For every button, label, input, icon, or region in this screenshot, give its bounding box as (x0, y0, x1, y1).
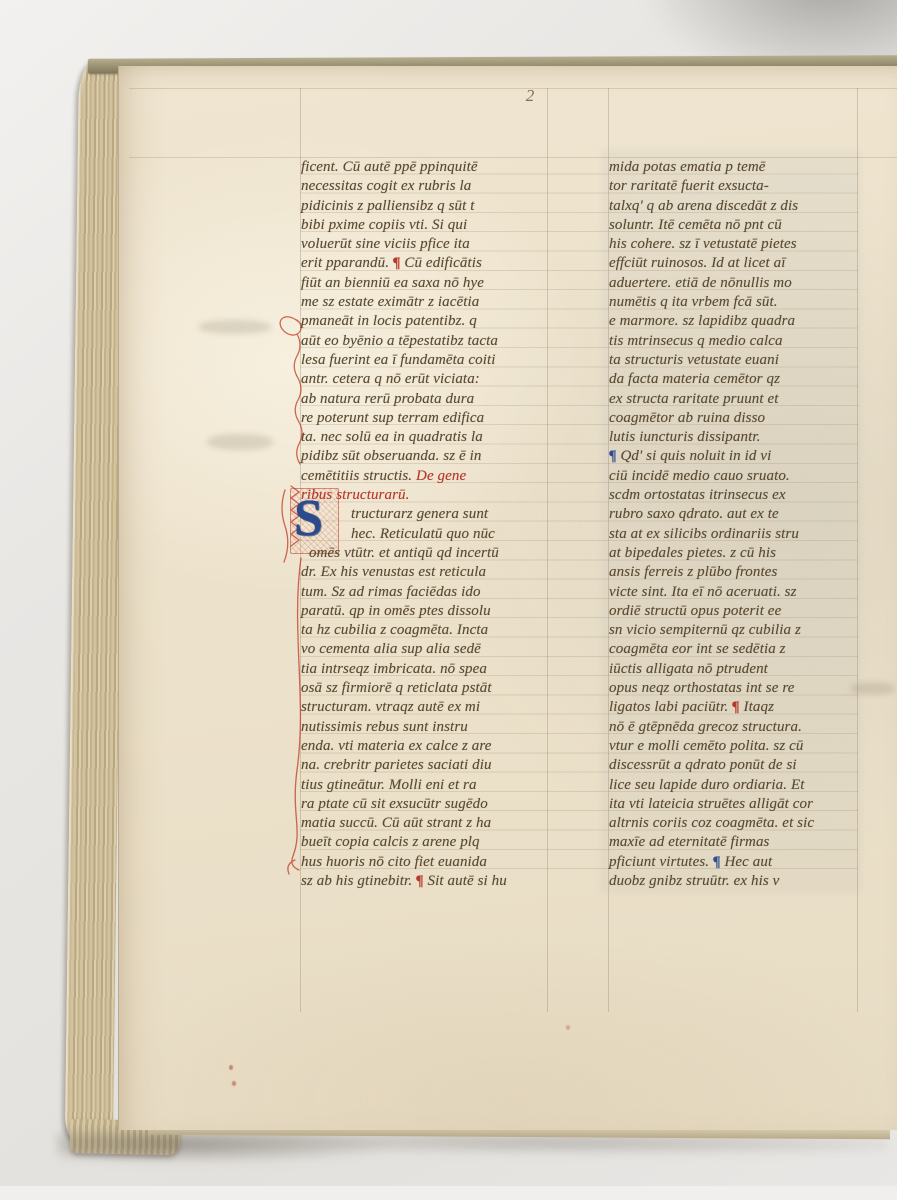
text-segment: voluerūt sine viciis pfice ita (301, 236, 470, 252)
manuscript-text-line: lesa fuerint ea ī fundamēta coiti (301, 351, 555, 370)
text-segment: osā sz firmiorē q reticlata pstāt (301, 680, 492, 696)
manuscript-text-line: enda. vti materia ex calce z are (301, 737, 555, 756)
manuscript-text-line: ficent. Cū autē ppē ppinquitē (301, 158, 555, 177)
text-segment: sta at ex silicibs ordinariis stru (609, 526, 799, 542)
manuscript-text-line: nutissimis rebus sunt instru (301, 718, 555, 737)
text-segment: ordiē structū opus poterit ee (609, 603, 781, 619)
text-segment: coagmēta eor int se sedētia z (609, 641, 786, 657)
manuscript-text-line: coagmēta eor int se sedētia z (609, 640, 863, 659)
text-segment: tius gtineātur. Molli eni et ra (301, 777, 477, 793)
text-segment: pidibz sūt obseruanda. sz ē in (301, 448, 482, 464)
background-strip (0, 1186, 897, 1200)
text-segment: aduertere. etiā de nōnullis mo (609, 275, 792, 291)
manuscript-text-line: antr. cetera q nō erūt viciata: (301, 370, 555, 389)
manuscript-text-line: tum. Sz ad rimas faciēdas ido (301, 583, 555, 602)
manuscript-text-line: ex structa raritate pruunt et (609, 390, 863, 409)
manuscript-text-line: aduertere. etiā de nōnullis mo (609, 274, 863, 293)
text-segment: vo cementa alia sup alia sedē (301, 641, 481, 657)
manuscript-page: 2 S ficent. Cū autē ppē ppinquitēnecessi… (118, 66, 897, 1130)
manuscript-text-line: dr. Ex his venustas est reticula (301, 563, 555, 582)
manuscript-text-line: ¶ Qd' si quis noluit in id vi (609, 447, 863, 466)
manuscript-text-line: osā sz firmiorē q reticlata pstāt (301, 679, 555, 698)
manuscript-text-line: bibi pxime copiis vti. Si qui (301, 216, 555, 235)
text-segment: soluntr. Itē cemēta nō pnt cū (609, 217, 782, 233)
text-segment: mida potas ematia p temē (609, 159, 766, 175)
text-segment: re poterunt sup terram edifica (301, 410, 484, 426)
text-segment: opus neqz orthostatas int se re (609, 680, 794, 696)
text-segment: ita vti lateicia struētes alligāt cor (609, 796, 813, 812)
text-segment: erit pparandū. (301, 255, 393, 271)
text-column-left: ficent. Cū autē ppē ppinquitēnecessitas … (301, 158, 555, 891)
text-segment: discessrūt a qdrato ponūt de si (609, 757, 797, 773)
manuscript-text-line: na. crebritr parietes saciati diu (301, 756, 555, 775)
text-segment: structuram. vtraqz autē ex mi (301, 699, 480, 715)
text-segment: numētis q ita vrbem fcā sūt. (609, 294, 778, 310)
manuscript-text-line: erit pparandū. ¶ Cū edificātis (301, 254, 555, 273)
manuscript-text-line: nō ē gtēpnēda grecoz structura. (609, 718, 863, 737)
manuscript-text-line: vo cementa alia sup alia sedē (301, 640, 555, 659)
text-segment: bibi pxime copiis vti. Si qui (301, 217, 467, 233)
text-segment: pidicinis z palliensibz q sūt t (301, 198, 475, 214)
text-segment: at bipedales pietes. z cū his (609, 545, 776, 561)
manuscript-text-line: sta at ex silicibs ordinariis stru (609, 525, 863, 544)
text-segment: duobz gnibz struūtr. ex his v (609, 873, 779, 889)
manuscript-text-line: pficiunt virtutes. ¶ Hec aut (609, 853, 863, 872)
manuscript-text-line: scdm ortostatas itrinsecus ex (609, 486, 863, 505)
manuscript-text-line: me sz estate eximātr z iacētia (301, 293, 555, 312)
manuscript-text-line: iūctis alligata nō ptrudent (609, 660, 863, 679)
text-segment: nō ē gtēpnēda grecoz structura. (609, 719, 802, 735)
manuscript-text-line: fiūt an bienniū ea saxa nō hye (301, 274, 555, 293)
text-segment: scdm ortostatas itrinsecus ex (609, 487, 786, 503)
text-segment: ta. nec solū ea in quadratis la (301, 429, 483, 445)
text-segment: ta hz cubilia z coagmēta. Incta (301, 622, 488, 638)
show-through-text-smudge (199, 320, 271, 334)
text-segment: paratū. qp in omēs ptes dissolu (301, 603, 491, 619)
manuscript-text-line: sz ab his gtinebitr. ¶ Sit autē si hu (301, 872, 555, 891)
text-segment: na. crebritr parietes saciati diu (301, 757, 492, 773)
red-ink-speck (566, 1025, 570, 1030)
manuscript-text-line: ta hz cubilia z coagmēta. Incta (301, 621, 555, 640)
text-segment: lesa fuerint ea ī fundamēta coiti (301, 352, 496, 368)
text-segment: iūctis alligata nō ptrudent (609, 661, 768, 677)
manuscript-text-line: ita vti lateicia struētes alligāt cor (609, 795, 863, 814)
text-segment: maxīe ad eternitatē firmas (609, 834, 770, 850)
paragraph-mark: ¶ (732, 699, 740, 715)
manuscript-text-line: da facta materia cemētor qz (609, 370, 863, 389)
text-segment: enda. vti materia ex calce z are (301, 738, 492, 754)
manuscript-text-line: vtur e molli cemēto polita. sz cū (609, 737, 863, 756)
text-segment: nutissimis rebus sunt instru (301, 719, 468, 735)
manuscript-text-line: mida potas ematia p temē (609, 158, 863, 177)
text-segment: cemētitiis structis. (301, 468, 416, 484)
manuscript-text-line: effciūt ruinosos. Id at licet aī (609, 254, 863, 273)
text-segment: tis mtrinsecus q medio calca (609, 333, 783, 349)
manuscript-text-line: ciū incidē medio cauo sruato. (609, 467, 863, 486)
manuscript-text-line: tius gtineātur. Molli eni et ra (301, 776, 555, 795)
text-segment: necessitas cogit ex rubris la (301, 178, 471, 194)
manuscript-text-line: hec. Reticulatū quo nūc (301, 525, 555, 544)
manuscript-text-line: voluerūt sine viciis pfice ita (301, 235, 555, 254)
manuscript-text-line: ansis ferreis z plūbo frontes (609, 563, 863, 582)
text-segment: pficiunt virtutes. (609, 854, 713, 870)
text-segment: tor raritatē fuerit exsucta- (609, 178, 769, 194)
manuscript-text-line: victe sint. Ita eī nō aceruati. sz (609, 583, 863, 602)
red-ink-speck (229, 1065, 233, 1070)
text-segment: ab natura rerū probata dura (301, 391, 474, 407)
paragraph-mark: ¶ (416, 873, 424, 889)
text-segment: altrnis coriis coz coagmēta. et sic (609, 815, 814, 831)
manuscript-text-line: lutis iuncturis dissipantr. (609, 428, 863, 447)
paragraph-mark: ¶ (393, 255, 401, 271)
manuscript-text-line: pidicinis z palliensibz q sūt t (301, 197, 555, 216)
manuscript-text-line: sn vicio sempiternū qz cubilia z (609, 621, 863, 640)
text-segment: lice seu lapide duro ordiaria. Et (609, 777, 805, 793)
folio-number: 2 (515, 86, 545, 106)
text-segment: ansis ferreis z plūbo frontes (609, 564, 777, 580)
text-segment: coagmētor ab ruina disso (609, 410, 765, 426)
text-segment: me sz estate eximātr z iacētia (301, 294, 479, 310)
text-segment: matia succū. Cū aūt strant z ha (301, 815, 491, 831)
manuscript-text-line: re poterunt sup terram edifica (301, 409, 555, 428)
text-segment: rubro saxo qdrato. aut ex te (609, 506, 779, 522)
manuscript-text-line: paratū. qp in omēs ptes dissolu (301, 602, 555, 621)
text-segment: sn vicio sempiternū qz cubilia z (609, 622, 801, 638)
text-segment: Qd' si quis noluit in id vi (617, 448, 772, 464)
text-segment: talxq' q ab arena discedāt z dis (609, 198, 798, 214)
manuscript-text-line: aūt eo byēnio a tēpestatibz tacta (301, 332, 555, 351)
text-segment: his cohere. sz ī vetustatē pietes (609, 236, 797, 252)
text-segment: aūt eo byēnio a tēpestatibz tacta (301, 333, 498, 349)
manuscript-text-line: pmaneāt in locis patentibz. q (301, 312, 555, 331)
manuscript-text-line: talxq' q ab arena discedāt z dis (609, 197, 863, 216)
text-segment: da facta materia cemētor qz (609, 371, 780, 387)
manuscript-text-line: bueīt copia calcis z arene plq (301, 833, 555, 852)
manuscript-text-line: altrnis coriis coz coagmēta. et sic (609, 814, 863, 833)
text-segment: e marmore. sz lapidibz quadra (609, 313, 795, 329)
red-ink-speck (232, 1081, 236, 1086)
paragraph-mark: ¶ (609, 448, 617, 464)
manuscript-text-line: numētis q ita vrbem fcā sūt. (609, 293, 863, 312)
manuscript-text-line: ab natura rerū probata dura (301, 390, 555, 409)
text-segment: tructurarz genera sunt (351, 506, 488, 522)
text-segment: ex structa raritate pruunt et (609, 391, 779, 407)
manuscript-text-line: tor raritatē fuerit exsucta- (609, 177, 863, 196)
manuscript-text-line: tia intrseqz imbricata. nō spea (301, 660, 555, 679)
manuscript-text-line: necessitas cogit ex rubris la (301, 177, 555, 196)
manuscript-text-line: ordiē structū opus poterit ee (609, 602, 863, 621)
manuscript-text-line: his cohere. sz ī vetustatē pietes (609, 235, 863, 254)
text-segment: ra ptate cū sit exsucūtr sugēdo (301, 796, 488, 812)
manuscript-text-line: hus huoris nō cito fiet euanida (301, 853, 555, 872)
manuscript-text-line: lice seu lapide duro ordiaria. Et (609, 776, 863, 795)
text-segment: dr. Ex his venustas est reticula (301, 564, 486, 580)
text-column-right: mida potas ematia p temētor raritatē fue… (609, 158, 863, 891)
show-through-text-smudge (851, 682, 895, 695)
text-segment: effciūt ruinosos. Id at licet aī (609, 255, 786, 271)
manuscript-text-line: ta structuris vetustate euani (609, 351, 863, 370)
manuscript-text-line: duobz gnibz struūtr. ex his v (609, 872, 863, 891)
text-segment: ribus structurarū. (301, 487, 410, 503)
manuscript-text-line: maxīe ad eternitatē firmas (609, 833, 863, 852)
show-through-text-smudge (207, 434, 273, 450)
paragraph-mark: ¶ (713, 854, 721, 870)
manuscript-text-line: discessrūt a qdrato ponūt de si (609, 756, 863, 775)
text-segment: hec. Reticulatū quo nūc (351, 526, 495, 542)
manuscript-text-line: ligatos labi paciūtr. ¶ Itaqz (609, 698, 863, 717)
text-segment: ta structuris vetustate euani (609, 352, 779, 368)
text-segment: De gene (416, 468, 466, 484)
manuscript-text-line: pidibz sūt obseruanda. sz ē in (301, 447, 555, 466)
text-segment: fiūt an bienniū ea saxa nō hye (301, 275, 484, 291)
manuscript-text-line: ta. nec solū ea in quadratis la (301, 428, 555, 447)
manuscript-text-line: coagmētor ab ruina disso (609, 409, 863, 428)
manuscript-text-line: tructurarz genera sunt (301, 505, 555, 524)
text-segment: vtur e molli cemēto polita. sz cū (609, 738, 804, 754)
manuscript-text-line: cemētitiis structis. De gene (301, 467, 555, 486)
text-segment: ficent. Cū autē ppē ppinquitē (301, 159, 478, 175)
manuscript-text-line: tis mtrinsecus q medio calca (609, 332, 863, 351)
manuscript-text-line: rubro saxo qdrato. aut ex te (609, 505, 863, 524)
text-segment: pmaneāt in locis patentibz. q (301, 313, 477, 329)
text-segment: lutis iuncturis dissipantr. (609, 429, 760, 445)
text-segment: victe sint. Ita eī nō aceruati. sz (609, 584, 797, 600)
manuscript-text-line: ra ptate cū sit exsucūtr sugēdo (301, 795, 555, 814)
text-segment: Itaqz (740, 699, 774, 715)
text-segment: sz ab his gtinebitr. (301, 873, 416, 889)
manuscript-text-line: soluntr. Itē cemēta nō pnt cū (609, 216, 863, 235)
manuscript-text-line: structuram. vtraqz autē ex mi (301, 698, 555, 717)
text-segment: ciū incidē medio cauo sruato. (609, 468, 790, 484)
text-segment: bueīt copia calcis z arene plq (301, 834, 480, 850)
manuscript-text-line: ribus structurarū. (301, 486, 555, 505)
text-segment: Sit autē si hu (424, 873, 507, 889)
text-segment: ligatos labi paciūtr. (609, 699, 732, 715)
manuscript-text-line: at bipedales pietes. z cū his (609, 544, 863, 563)
manuscript-text-line: opus neqz orthostatas int se re (609, 679, 863, 698)
manuscript-text-line: omēs vtūtr. et antiqū qd incertū (301, 544, 555, 563)
text-segment: omēs vtūtr. et antiqū qd incertū (309, 545, 499, 561)
text-segment: antr. cetera q nō erūt viciata: (301, 371, 480, 387)
ruling-line-top (129, 88, 897, 89)
text-segment: tum. Sz ad rimas faciēdas ido (301, 584, 481, 600)
text-segment: tia intrseqz imbricata. nō spea (301, 661, 487, 677)
text-segment: Hec aut (721, 854, 773, 870)
text-segment: hus huoris nō cito fiet euanida (301, 854, 487, 870)
photo-of-manuscript: 2 S ficent. Cū autē ppē ppinquitēnecessi… (0, 0, 897, 1200)
text-segment: Cū edificātis (401, 255, 482, 271)
manuscript-text-line: matia succū. Cū aūt strant z ha (301, 814, 555, 833)
manuscript-text-line: e marmore. sz lapidibz quadra (609, 312, 863, 331)
